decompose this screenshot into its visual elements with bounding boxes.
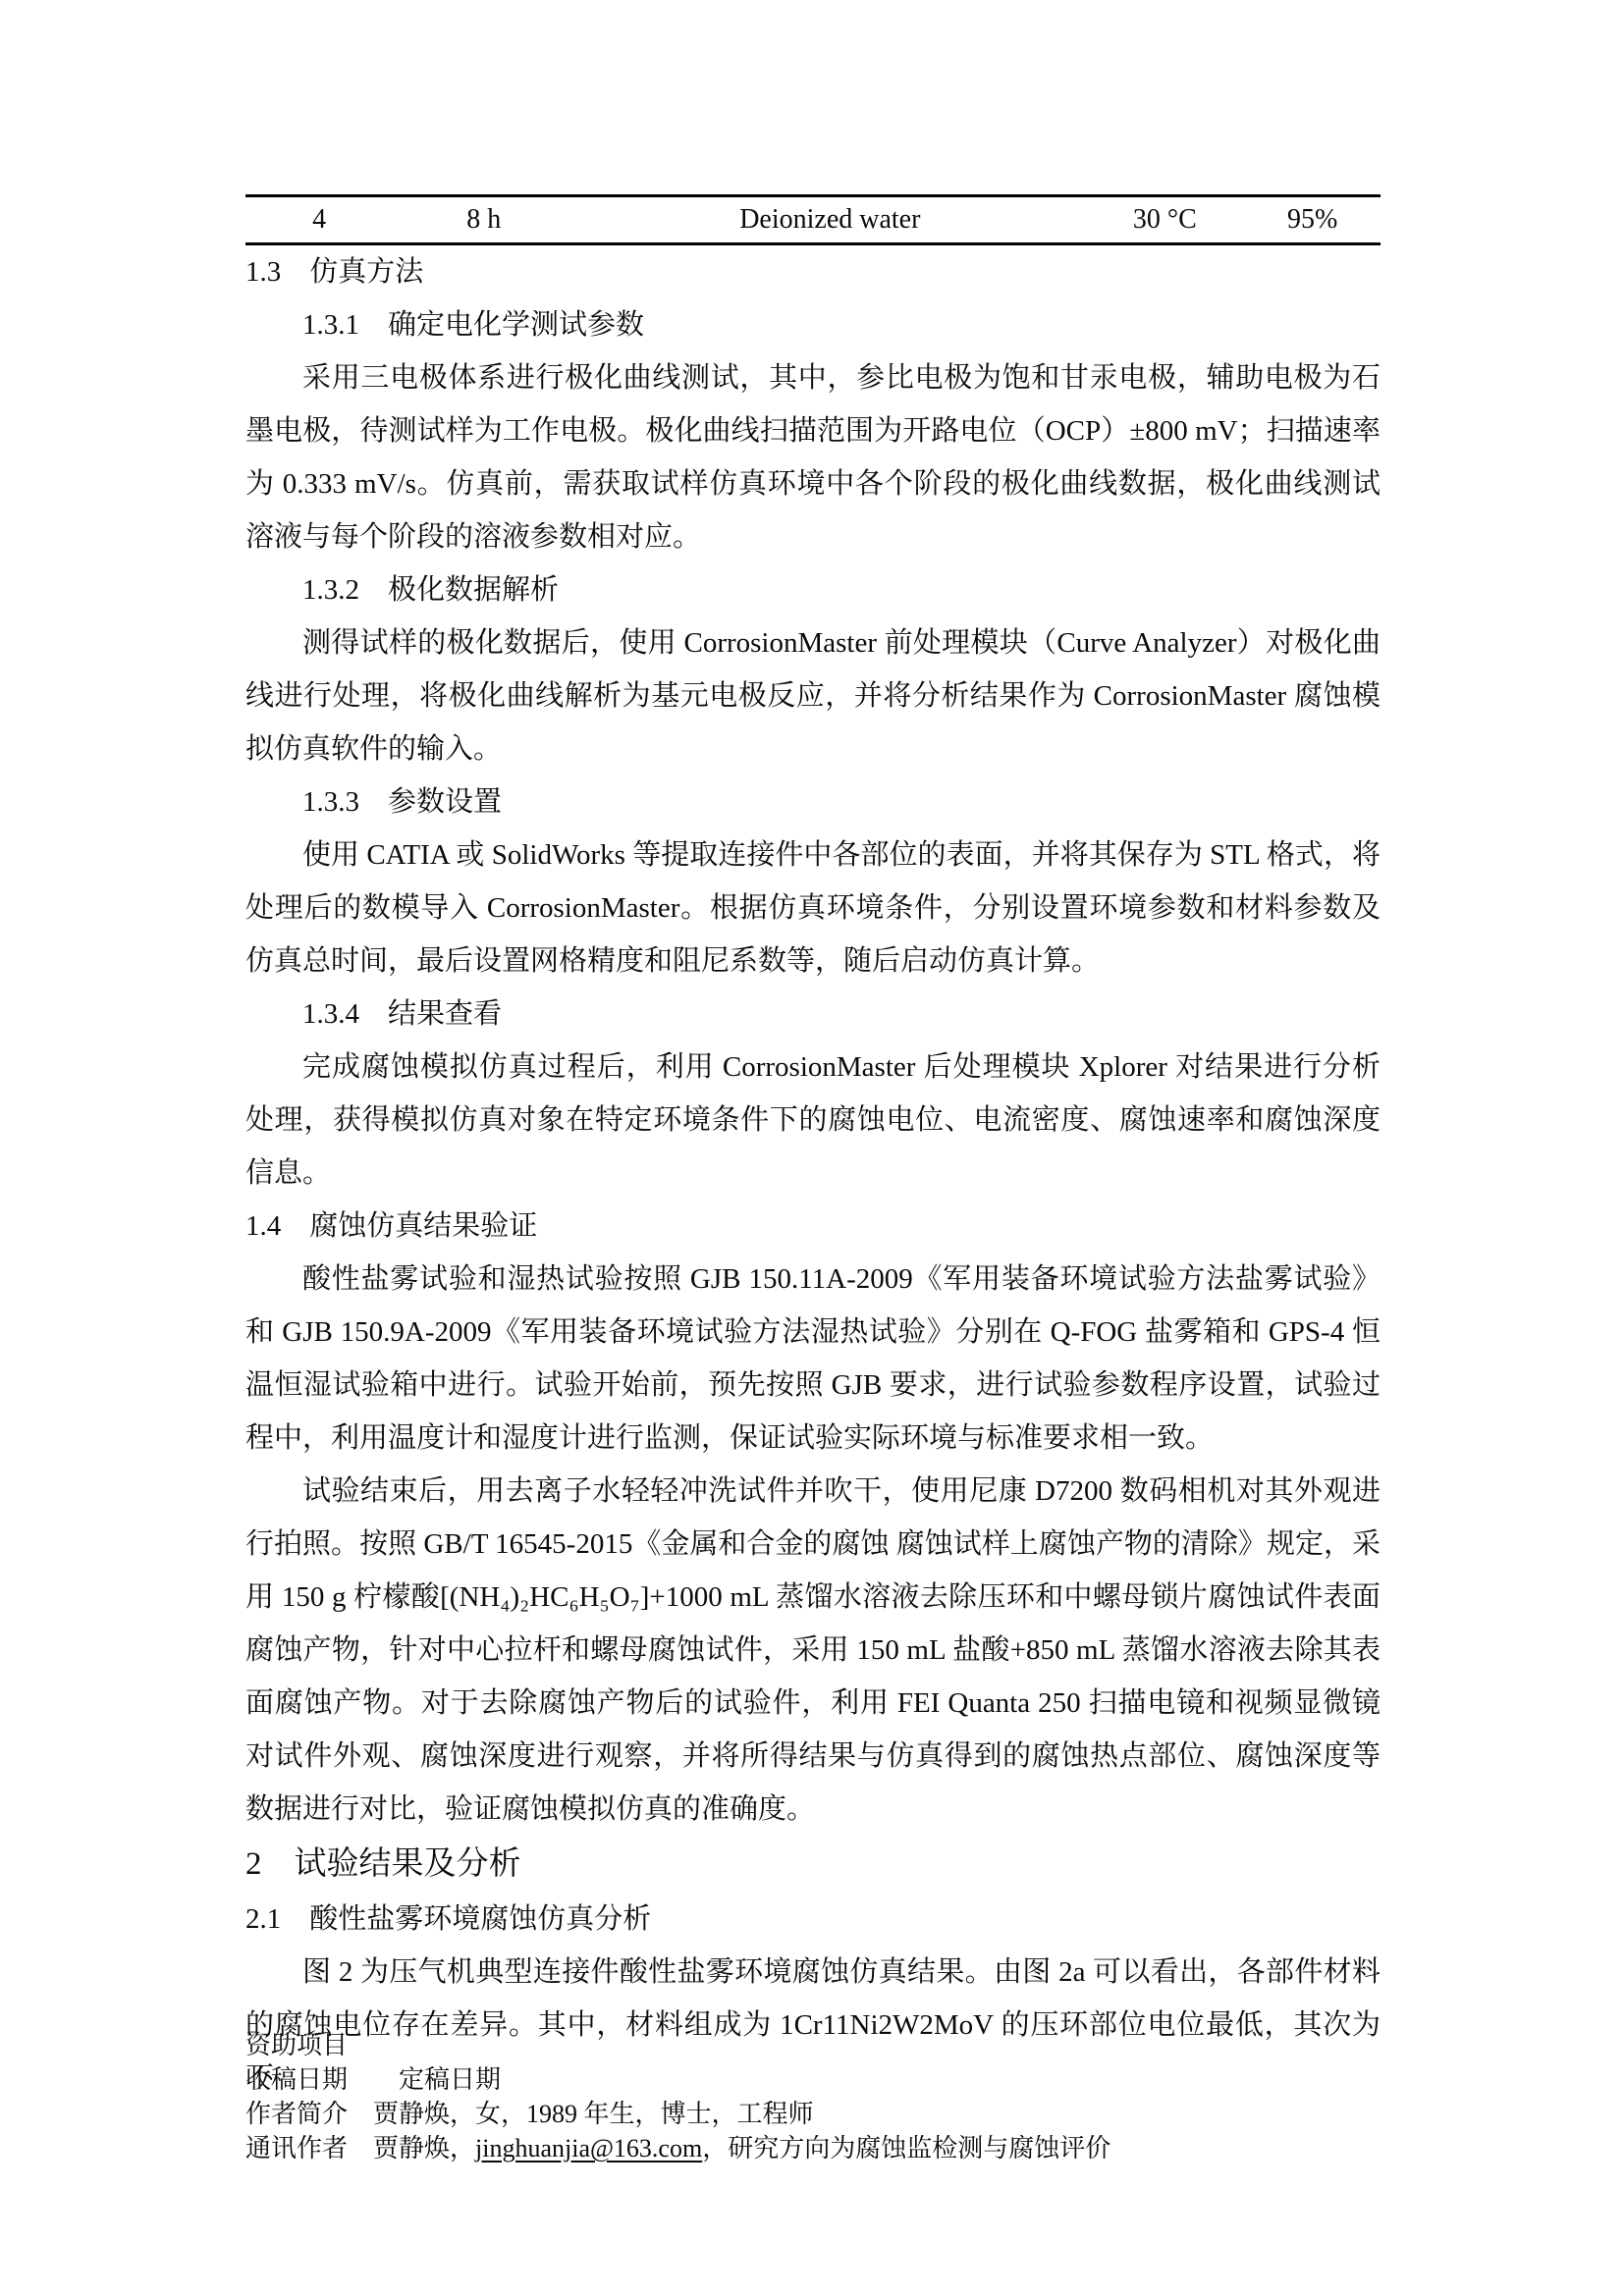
heading-1-4: 1.4 腐蚀仿真结果验证: [245, 1200, 1380, 1253]
heading-1-3: 1.3 仿真方法: [245, 245, 1380, 298]
footnote-funding: 资助项目: [245, 2028, 1380, 2062]
paragraph-1-3-2: 测得试样的极化数据后，使用 CorrosionMaster 前处理模块（Curv…: [245, 616, 1380, 775]
table-cell-solution: Deionized water: [574, 196, 1085, 244]
footnote-author-bio: 作者简介 贾静焕，女，1989 年生，博士，工程师: [245, 2097, 1380, 2131]
conditions-table-fragment: 4 8 h Deionized water 30 °C 95%: [245, 194, 1380, 245]
heading-1-3-2: 1.3.2 极化数据解析: [245, 563, 1380, 616]
footnote-dates: 收稿日期 定稿日期: [245, 2062, 1380, 2097]
corresponding-author-label: 通讯作者 贾静焕，: [245, 2134, 475, 2163]
table-cell-stage: 4: [245, 196, 393, 244]
corresponding-author-research: ，研究方向为腐蚀监检测与腐蚀评价: [702, 2134, 1110, 2163]
heading-1-3-4: 1.3.4 结果查看: [245, 988, 1380, 1041]
heading-1-3-3: 1.3.3 参数设置: [245, 775, 1380, 828]
heading-2-1: 2.1 酸性盐雾环境腐蚀仿真分析: [245, 1893, 1380, 1946]
table-cell-humidity: 95%: [1244, 196, 1380, 244]
paragraph-1-4-a: 酸性盐雾试验和湿热试验按照 GJB 150.11A-2009《军用装备环境试验方…: [245, 1253, 1380, 1465]
footnote-block: 资助项目 收稿日期 定稿日期 作者简介 贾静焕，女，1989 年生，博士，工程师…: [245, 2028, 1380, 2165]
paragraph-1-3-4: 完成腐蚀模拟仿真过程后，利用 CorrosionMaster 后处理模块 Xpl…: [245, 1041, 1380, 1200]
table-cell-temperature: 30 °C: [1085, 196, 1244, 244]
heading-1-3-1: 1.3.1 确定电化学测试参数: [245, 298, 1380, 351]
table-row: 4 8 h Deionized water 30 °C 95%: [245, 196, 1380, 244]
email-link[interactable]: jinghuanjia@163.com: [475, 2134, 702, 2163]
paragraph-1-4-b: 试验结束后，用去离子水轻轻冲洗试件并吹干，使用尼康 D7200 数码相机对其外观…: [245, 1465, 1380, 1836]
heading-2: 2 试验结果及分析: [245, 1836, 1380, 1893]
paragraph-1-3-1: 采用三电极体系进行极化曲线测试，其中，参比电极为饱和甘汞电极，辅助电极为石墨电极…: [245, 351, 1380, 563]
footnote-corresponding-author: 通讯作者 贾静焕，jinghuanjia@163.com，研究方向为腐蚀监检测与…: [245, 2131, 1380, 2165]
document-page: 4 8 h Deionized water 30 °C 95% 1.3 仿真方法…: [0, 0, 1624, 2296]
page-content: 4 8 h Deionized water 30 °C 95% 1.3 仿真方法…: [245, 194, 1380, 2105]
table-cell-duration: 8 h: [393, 196, 574, 244]
paragraph-1-3-3: 使用 CATIA 或 SolidWorks 等提取连接件中各部位的表面，并将其保…: [245, 828, 1380, 988]
